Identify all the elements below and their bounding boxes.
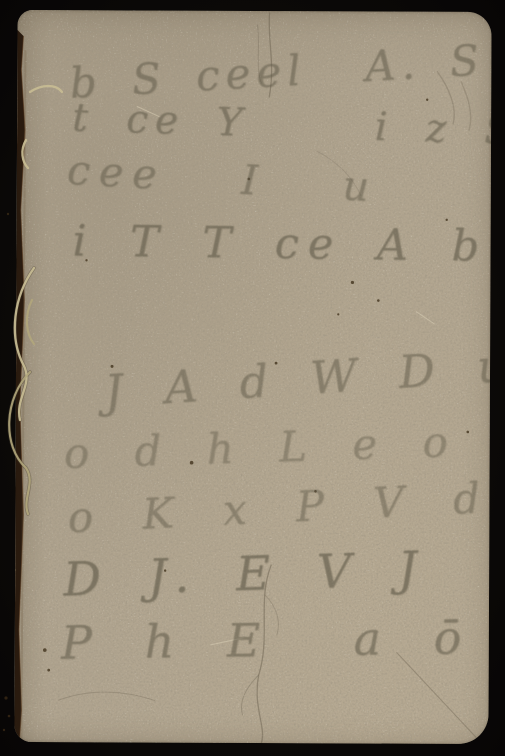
handwriting-line: cee I u m [66, 146, 492, 221]
handwriting-line: t ce Y i z S v [72, 96, 492, 156]
photo-frame: b S ceel A. S A t ce Y i z S v cee I u m… [0, 0, 505, 756]
handwriting-line: J A d W D u d [103, 334, 492, 418]
handwriting-line: o K x P V d [66, 473, 491, 542]
handwriting-line: i T T ce A b [72, 216, 488, 271]
handwriting-line: o d h L e o [63, 417, 459, 478]
handwriting-line: D J. E V J [62, 541, 428, 607]
notebook-cover: b S ceel A. S A t ce Y i z S v cee I u m… [14, 10, 491, 744]
handwriting-line: P h E a ō [61, 610, 474, 669]
